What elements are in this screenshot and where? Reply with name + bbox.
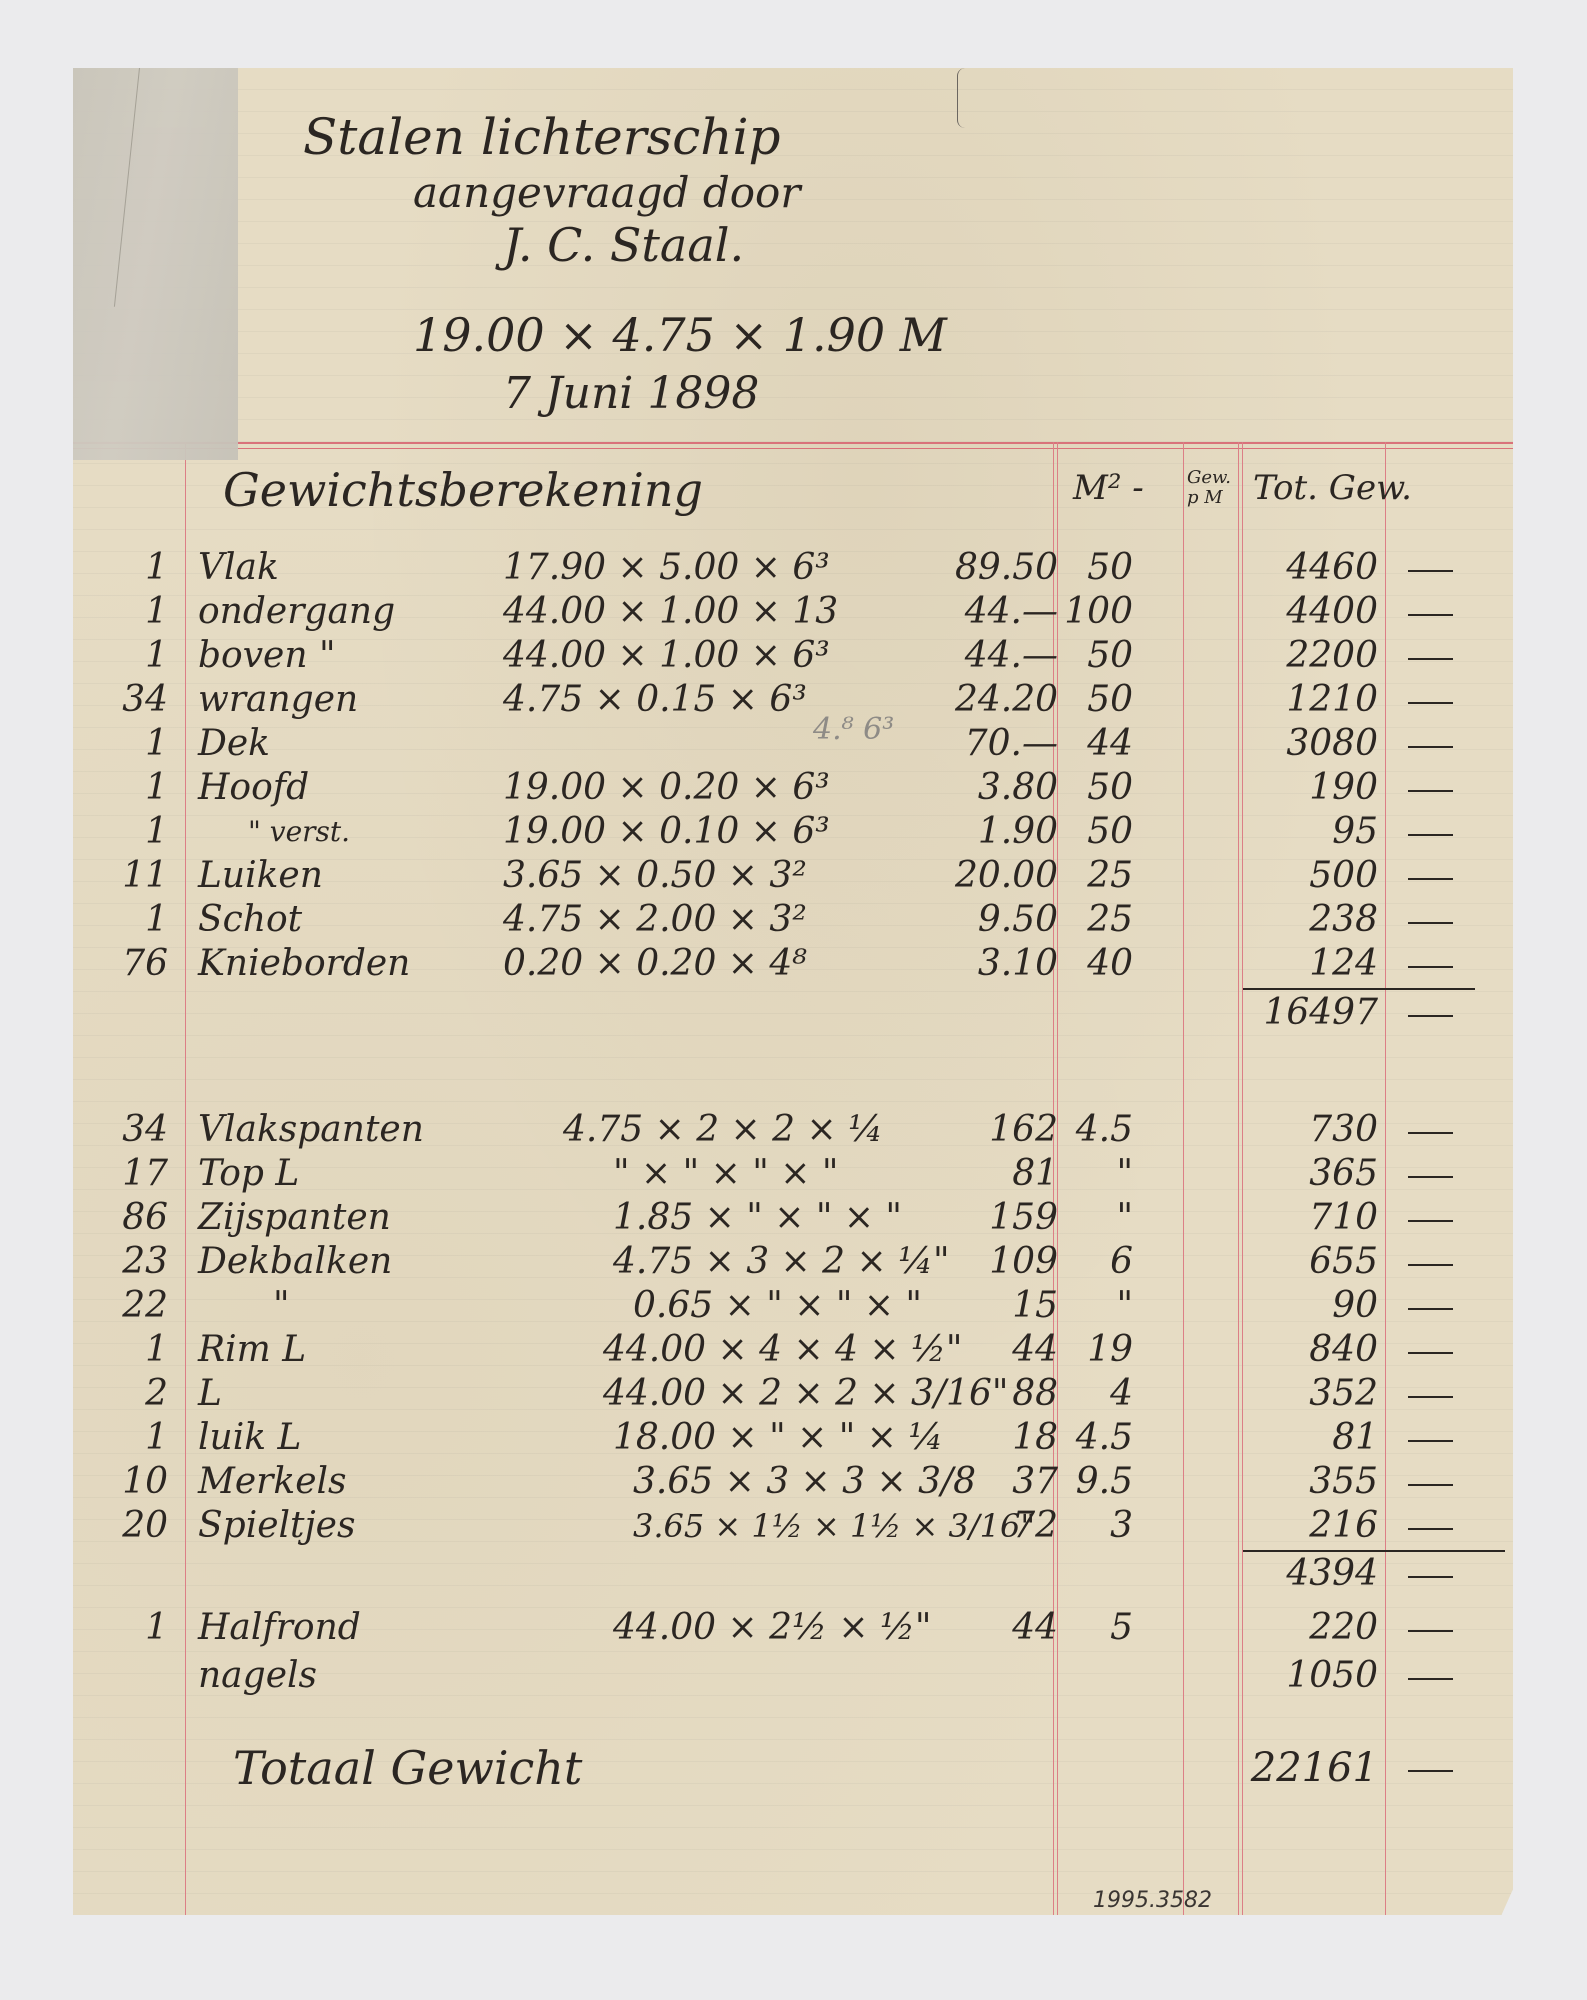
- m2-value: 44.—: [965, 636, 1058, 676]
- item-dims: 0.20 × 0.20 × 4⁸: [503, 944, 807, 984]
- margin-pencil-mark: [957, 68, 968, 128]
- item-dims: 18.00 × " × " × ¼: [613, 1418, 943, 1458]
- item-dims: 3.65 × 1½ × 1½ × 3/16": [633, 1506, 1035, 1546]
- item-name: luik L: [198, 1418, 301, 1458]
- total-value: 840: [1309, 1330, 1378, 1370]
- total-value: 90: [1332, 1286, 1378, 1326]
- gew-value: ": [1116, 1286, 1133, 1326]
- dash-mark: [1408, 1528, 1453, 1530]
- table-row: 1 Rim L 44.00 × 4 × 4 × ½" 44 19 840: [73, 1330, 1513, 1370]
- table-row: 34 wrangen 4.75 × 0.15 × 6³ 24.20 50 121…: [73, 680, 1513, 720]
- item-name: Hoofd: [198, 768, 309, 808]
- table-row: 10 Merkels 3.65 × 3 × 3 × 3/8 37 9.5 355: [73, 1462, 1513, 1502]
- qty: 1: [145, 548, 168, 588]
- m2-value: 20.00: [955, 856, 1058, 896]
- dash-mark: [1408, 834, 1453, 836]
- ledger-sheet: Stalen lichterschip aangevraagd door J. …: [73, 68, 1513, 1915]
- qty: 1: [145, 636, 168, 676]
- gew-value: 50: [1087, 812, 1133, 852]
- table-row: 1 Dek 4.⁸ 6³ 70.— 44 3080: [73, 724, 1513, 764]
- dash-mark: [1408, 1770, 1453, 1772]
- gew-value: 44: [1087, 724, 1133, 764]
- gew-value: 40: [1087, 944, 1133, 984]
- item-dims: 44.00 × 1.00 × 13: [503, 592, 838, 632]
- dash-mark: [1408, 1396, 1453, 1398]
- gew-value: 5: [1110, 1608, 1133, 1648]
- item-name: " verst.: [248, 812, 350, 852]
- total-value: 4400: [1286, 592, 1378, 632]
- item-name: Halfrond: [198, 1608, 361, 1648]
- total-value: 4460: [1286, 548, 1378, 588]
- item-name: Vlak: [198, 548, 279, 588]
- table-row: 86 Zijspanten 1.85 × " × " × " 159 " 710: [73, 1198, 1513, 1238]
- qty: 23: [122, 1242, 168, 1282]
- item-name: Vlakspanten: [198, 1110, 424, 1150]
- dash-mark: [1408, 1576, 1453, 1578]
- table-row: 23 Dekbalken 4.75 × 3 × 2 × ¼" 109 6 655: [73, 1242, 1513, 1282]
- subtotal-row: 4394: [73, 1554, 1513, 1594]
- gew-value: 50: [1087, 680, 1133, 720]
- table-row: 1 Halfrond 44.00 × 2½ × ½" 44 5 220: [73, 1608, 1513, 1648]
- total-value: 365: [1309, 1154, 1378, 1194]
- header-rule-bottom: [73, 448, 1513, 449]
- qty: 1: [145, 1418, 168, 1458]
- table-row: 20 Spieltjes 3.65 × 1½ × 1½ × 3/16" 72 3…: [73, 1506, 1513, 1546]
- m2-value: 88: [1012, 1374, 1058, 1414]
- vessel-dimensions: 19.00 × 4.75 × 1.90 M: [413, 308, 947, 362]
- m2-value: 162: [989, 1110, 1058, 1150]
- m2-value: 44.—: [965, 592, 1058, 632]
- header-m2: M² -: [1073, 468, 1144, 508]
- total-value: 1050: [1286, 1656, 1378, 1696]
- section2-subtotal: 4394: [1286, 1554, 1378, 1594]
- qty: 1: [145, 592, 168, 632]
- header-rule-top: [73, 442, 1513, 444]
- table-row: 1 luik L 18.00 × " × " × ¼ 18 4.5 81: [73, 1418, 1513, 1458]
- gew-value: 25: [1087, 900, 1133, 940]
- title-line-1: Stalen lichterschip: [303, 108, 780, 166]
- gew-value: 50: [1087, 636, 1133, 676]
- item-dims: 19.00 × 0.10 × 6³: [503, 812, 830, 852]
- dash-mark: [1408, 1264, 1453, 1266]
- m2-value: 24.20: [955, 680, 1058, 720]
- qty: 76: [122, 944, 168, 984]
- table-row: 1 Vlak 17.90 × 5.00 × 6³ 89.50 50 4460: [73, 548, 1513, 588]
- item-name: wrangen: [198, 680, 358, 720]
- gew-value: ": [1116, 1154, 1133, 1194]
- header-description: Gewichtsberekening: [223, 463, 703, 517]
- gew-value: 4.5: [1076, 1110, 1133, 1150]
- dash-mark: [1408, 966, 1453, 968]
- qty: 17: [122, 1154, 168, 1194]
- dash-mark: [1408, 1484, 1453, 1486]
- table-row: 34 Vlakspanten 4.75 × 2 × 2 × ¼ 162 4.5 …: [73, 1110, 1513, 1150]
- header-total-weight: Tot. Gew.: [1253, 468, 1412, 508]
- qty: 34: [122, 680, 168, 720]
- gew-value: 4: [1110, 1374, 1133, 1414]
- qty: 1: [145, 724, 168, 764]
- item-name: Schot: [198, 900, 302, 940]
- gew-value: 50: [1087, 768, 1133, 808]
- item-name: Dekbalken: [198, 1242, 392, 1282]
- m2-value: 89.50: [955, 548, 1058, 588]
- dash-mark: [1408, 614, 1453, 616]
- document-date: 7 Juni 1898: [503, 368, 759, 419]
- title-line-3: J. C. Staal.: [503, 218, 744, 272]
- item-name: Zijspanten: [198, 1198, 391, 1238]
- qty: 1: [145, 768, 168, 808]
- grand-total-label: Totaal Gewicht: [233, 1748, 582, 1788]
- dash-mark: [1408, 922, 1453, 924]
- subtotal-row: 16497: [73, 993, 1513, 1033]
- m2-value: 15: [1012, 1286, 1058, 1326]
- item-dims: 4.75 × 0.15 × 6³: [503, 680, 807, 720]
- dash-mark: [1408, 1308, 1453, 1310]
- item-dims: 3.65 × 3 × 3 × 3/8: [633, 1462, 976, 1502]
- dash-mark: [1408, 1352, 1453, 1354]
- header-gew-per-m: Gew. p M: [1187, 468, 1237, 508]
- table-row: 17 Top L " × " × " × " 81 " 365: [73, 1154, 1513, 1194]
- item-name: Top L: [198, 1154, 299, 1194]
- item-name: Luiken: [198, 856, 323, 896]
- total-value: 500: [1309, 856, 1378, 896]
- total-value: 3080: [1286, 724, 1378, 764]
- accession-number: 1995.3582: [1093, 1888, 1212, 1913]
- qty: 1: [145, 900, 168, 940]
- m2-value: 159: [989, 1198, 1058, 1238]
- dash-mark: [1408, 702, 1453, 704]
- qty: 20: [122, 1506, 168, 1546]
- total-value: 124: [1309, 944, 1378, 984]
- m2-value: 37: [1012, 1462, 1058, 1502]
- item-dims: 3.65 × 0.50 × 3²: [503, 856, 807, 896]
- dash-mark: [1408, 1678, 1453, 1680]
- total-value: 81: [1332, 1418, 1378, 1458]
- item-dims: 44.00 × 2½ × ½": [613, 1608, 931, 1648]
- table-row: 1 ondergang 44.00 × 1.00 × 13 44.— 100 4…: [73, 592, 1513, 632]
- total-value: 730: [1309, 1110, 1378, 1150]
- subtotal-rule: [1243, 988, 1475, 990]
- gew-value: 100: [1064, 592, 1133, 632]
- item-dims: 44.00 × 2 × 2 × 3/16": [603, 1374, 1008, 1414]
- m2-value: 3.80: [978, 768, 1058, 808]
- total-value: 2200: [1286, 636, 1378, 676]
- gew-value: 19: [1087, 1330, 1133, 1370]
- item-name: nagels: [198, 1656, 317, 1696]
- item-dims: 19.00 × 0.20 × 6³: [503, 768, 830, 808]
- dash-mark: [1408, 790, 1453, 792]
- table-row: 1 boven " 44.00 × 1.00 × 6³ 44.— 50 2200: [73, 636, 1513, 676]
- table-row: 1 " verst. 19.00 × 0.10 × 6³ 1.90 50 95: [73, 812, 1513, 852]
- dash-mark: [1408, 878, 1453, 880]
- dash-mark: [1408, 1220, 1453, 1222]
- dash-mark: [1408, 1015, 1453, 1017]
- total-value: 238: [1309, 900, 1378, 940]
- total-value: 352: [1309, 1374, 1378, 1414]
- item-name: ondergang: [198, 592, 395, 632]
- total-value: 655: [1309, 1242, 1378, 1282]
- m2-value: 3.10: [978, 944, 1058, 984]
- grand-total-row: Totaal Gewicht 22161: [73, 1748, 1513, 1798]
- item-name: Rim L: [198, 1330, 306, 1370]
- gew-value: 4.5: [1076, 1418, 1133, 1458]
- subtotal-rule: [1243, 1550, 1505, 1552]
- gew-value: 6: [1110, 1242, 1133, 1282]
- total-value: 216: [1309, 1506, 1378, 1546]
- item-dims: 4.75 × 3 × 2 × ¼": [613, 1242, 950, 1282]
- qty: 1: [145, 812, 168, 852]
- item-dims: 0.65 × " × " × ": [633, 1286, 922, 1326]
- item-dims: 44.00 × 1.00 × 6³: [503, 636, 830, 676]
- item-dims-pencil-annotation: 4.⁸ 6³: [813, 710, 894, 750]
- title-line-2: aangevraagd door: [413, 168, 800, 217]
- qty: 86: [122, 1198, 168, 1238]
- total-value: 220: [1309, 1608, 1378, 1648]
- qty: 2: [145, 1374, 168, 1414]
- gew-value: 3: [1110, 1506, 1133, 1546]
- gew-value: 9.5: [1076, 1462, 1133, 1502]
- gew-value: ": [1116, 1198, 1133, 1238]
- gew-value: 50: [1087, 548, 1133, 588]
- qty: 22: [122, 1286, 168, 1326]
- item-dims: " × " × " × ": [613, 1154, 838, 1194]
- gew-value: 25: [1087, 856, 1133, 896]
- qty: 1: [145, 1608, 168, 1648]
- item-dims: 1.85 × " × " × ": [613, 1198, 902, 1238]
- item-dims: 4.75 × 2 × 2 × ¼: [563, 1110, 883, 1150]
- table-row: 1 Hoofd 19.00 × 0.20 × 6³ 3.80 50 190: [73, 768, 1513, 808]
- item-dims: 17.90 × 5.00 × 6³: [503, 548, 830, 588]
- m2-value: 44: [1012, 1608, 1058, 1648]
- dash-mark: [1408, 746, 1453, 748]
- table-row: 2 L 44.00 × 2 × 2 × 3/16" 88 4 352: [73, 1374, 1513, 1414]
- m2-value: 81: [1012, 1154, 1058, 1194]
- m2-value: 9.50: [978, 900, 1058, 940]
- section1-subtotal: 16497: [1263, 993, 1378, 1033]
- qty: 11: [122, 856, 168, 896]
- item-name: ": [273, 1286, 290, 1326]
- item-name: Merkels: [198, 1462, 346, 1502]
- item-name: boven ": [198, 636, 336, 676]
- item-dims: 4.75 × 2.00 × 3²: [503, 900, 807, 940]
- total-value: 1210: [1286, 680, 1378, 720]
- table-row: nagels 1050: [73, 1656, 1513, 1696]
- m2-value: 70.—: [965, 724, 1058, 764]
- table-row: 76 Knieborden 0.20 × 0.20 × 4⁸ 3.10 40 1…: [73, 944, 1513, 984]
- total-value: 355: [1309, 1462, 1378, 1502]
- repair-tape: [73, 68, 238, 460]
- qty: 1: [145, 1330, 168, 1370]
- item-name: Spieltjes: [198, 1506, 355, 1546]
- dash-mark: [1408, 1630, 1453, 1632]
- item-dims: 44.00 × 4 × 4 × ½": [603, 1330, 962, 1370]
- m2-value: 72: [1012, 1506, 1058, 1546]
- qty: 10: [122, 1462, 168, 1502]
- grand-total-value: 22161: [1251, 1748, 1378, 1788]
- m2-value: 44: [1012, 1330, 1058, 1370]
- dash-mark: [1408, 1176, 1453, 1178]
- m2-value: 1.90: [978, 812, 1058, 852]
- table-row: 1 Schot 4.75 × 2.00 × 3² 9.50 25 238: [73, 900, 1513, 940]
- item-name: L: [198, 1374, 222, 1414]
- qty: 34: [122, 1110, 168, 1150]
- item-name: Knieborden: [198, 944, 410, 984]
- dash-mark: [1408, 570, 1453, 572]
- m2-value: 109: [989, 1242, 1058, 1282]
- total-value: 710: [1309, 1198, 1378, 1238]
- total-value: 190: [1309, 768, 1378, 808]
- item-name: Dek: [198, 724, 270, 764]
- dash-mark: [1408, 658, 1453, 660]
- m2-value: 18: [1012, 1418, 1058, 1458]
- table-row: 11 Luiken 3.65 × 0.50 × 3² 20.00 25 500: [73, 856, 1513, 896]
- total-value: 95: [1332, 812, 1378, 852]
- table-row: 22 " 0.65 × " × " × " 15 " 90: [73, 1286, 1513, 1326]
- dash-mark: [1408, 1132, 1453, 1134]
- dash-mark: [1408, 1440, 1453, 1442]
